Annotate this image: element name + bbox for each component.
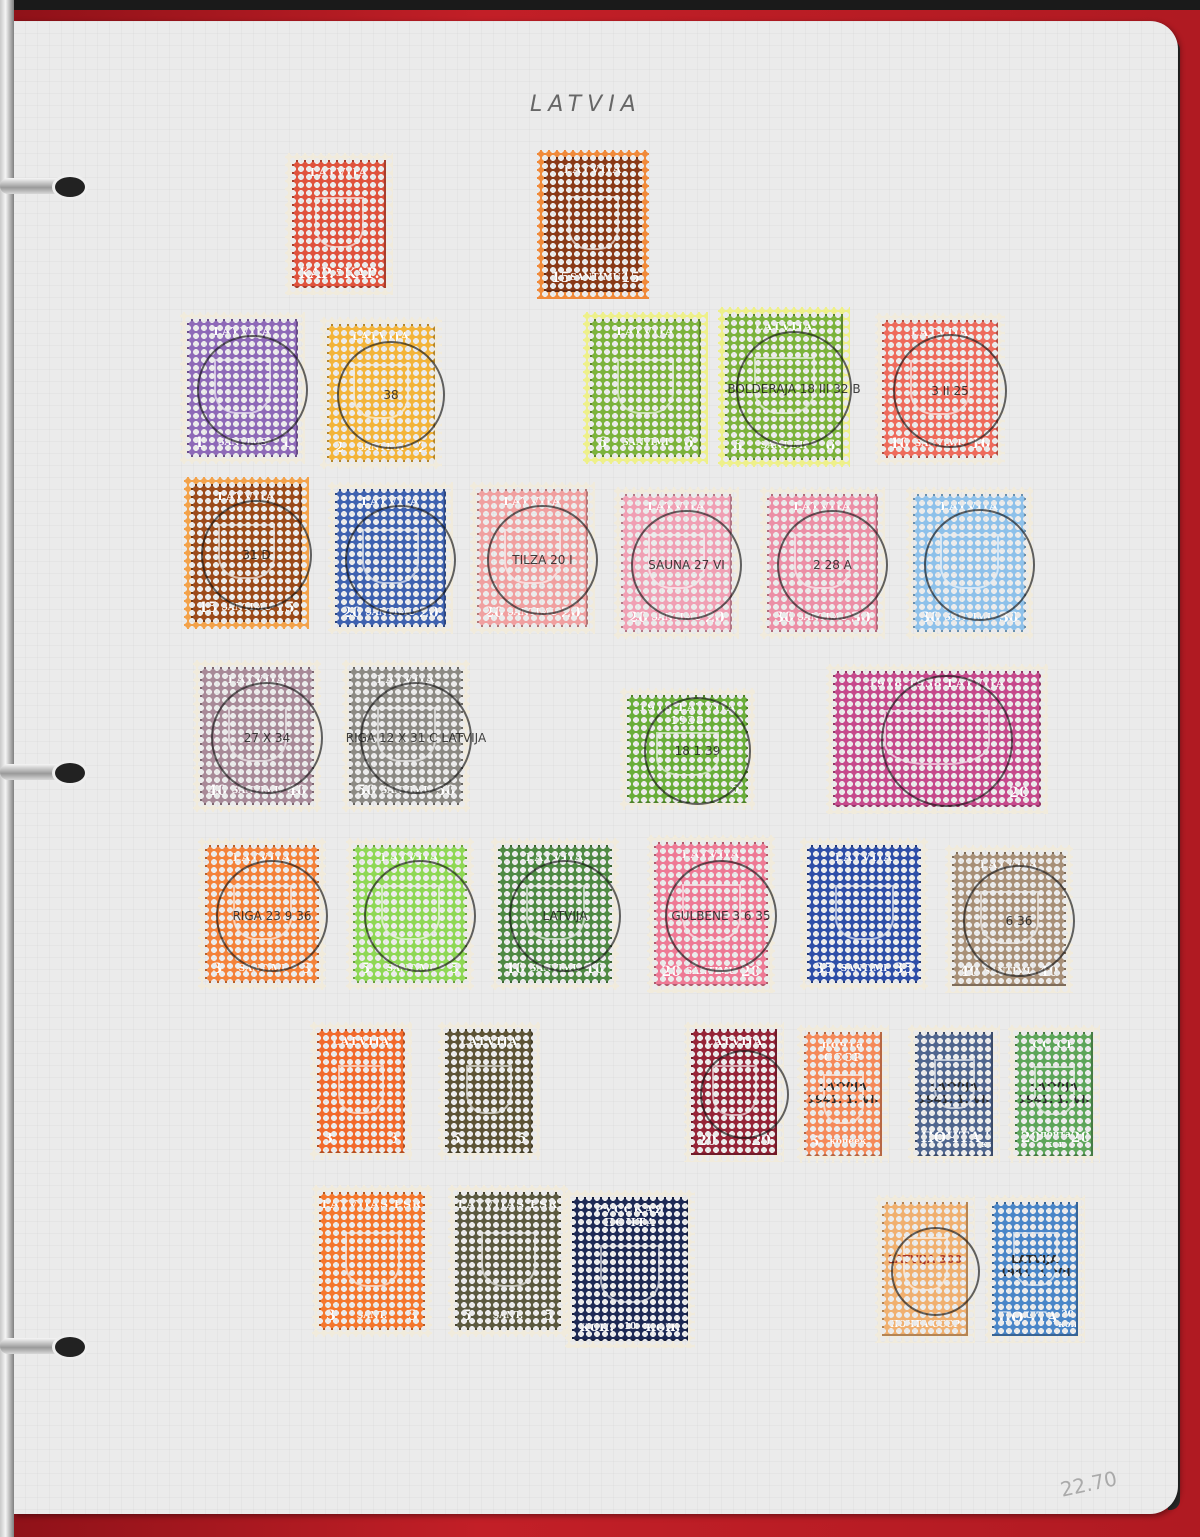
stamp-denomination: 15SANTIMU15 <box>198 600 294 616</box>
stamp-design: 1918 1938 LATVIJA20 <box>833 671 1041 807</box>
stamp-denomination: ПОЧТА30 копСССР <box>998 1310 1072 1330</box>
denomination-text: ПОЧТА <box>998 1310 1058 1330</box>
stamp-inscription: LATVIJA <box>616 325 674 338</box>
stamp-denomination: 20SANTIMU20 <box>484 605 580 621</box>
coat-of-arms-icon <box>835 885 894 940</box>
binder-ring-icon <box>0 756 90 786</box>
stamp-denomination: 33 <box>323 1131 399 1147</box>
denomination-text: SANTIMI <box>358 443 405 453</box>
denomination-text: 5 <box>450 961 460 977</box>
denomination-text: SANTIMU <box>221 603 271 613</box>
denomination-text: 10 <box>890 436 909 452</box>
denomination-text: SANTIMS <box>218 438 267 448</box>
coat-of-arms-icon <box>910 360 970 415</box>
stamp-inscription: LATVIJA <box>526 851 584 864</box>
stamp: РУССКАЯ ПОЧТАкоп.10коп. <box>565 1190 695 1348</box>
stamp-inscription: LATVIJA <box>352 330 410 343</box>
denomination-text: 1 <box>281 435 291 451</box>
coat-of-arms-icon <box>600 1245 660 1302</box>
denomination-text: SANTIMU <box>984 967 1034 977</box>
stamp: ПОЧТА СССРLATVIJA 300 <box>875 1195 975 1343</box>
stamp-design: LATVIJA2SANTIMI2 <box>327 324 435 462</box>
stamp-inscription: LATVIJA <box>332 1035 390 1048</box>
denomination-text: SANTIMU <box>915 439 965 449</box>
stamp-design: LATVIJAKAP.5KAP. <box>292 160 386 288</box>
denomination-text: 10 <box>971 436 990 452</box>
coat-of-arms-icon <box>526 885 585 940</box>
coat-of-arms-icon <box>980 891 1039 944</box>
denomination-text: 30 <box>999 610 1018 626</box>
denomination-text: 5 <box>517 1131 527 1147</box>
stamp-design: LATVIJA35SANTIMI35 <box>807 845 921 983</box>
denomination-text: 30 коп <box>1058 1310 1077 1330</box>
coat-of-arms-icon <box>617 359 675 414</box>
stamp-design: РУССКАЯ ПОЧТАкоп.10коп. <box>572 1197 688 1341</box>
stamp-denomination: KAP.5KAP. <box>299 266 380 282</box>
denomination-text: 40 <box>960 964 979 980</box>
denomination-text: 40 <box>208 783 227 799</box>
stamp-inscription: LATVIJA <box>381 851 439 864</box>
stamp-denomination: 20SANTIMU20 <box>662 964 761 980</box>
coat-of-arms-icon <box>884 710 990 764</box>
denomination-text: 50 <box>436 783 455 799</box>
denomination-text: 50 <box>357 783 376 799</box>
stamp: LATVIJA10SANTIMU10 <box>491 838 619 990</box>
denomination-text: 3 <box>408 1308 418 1324</box>
stamp-inscription: LATVIJA <box>361 495 419 508</box>
denomination-text: ПОЧТА СССР <box>890 1320 960 1330</box>
stamp: LATVIJA10SANTIMU10 <box>875 313 1005 465</box>
coat-of-arms-icon <box>233 885 292 940</box>
coat-of-arms-icon <box>940 534 999 589</box>
stamp: LATVIJAS PSR3SANT.3 <box>312 1185 432 1337</box>
stamp: LATVIJA40SANTIMU40 <box>945 845 1073 993</box>
stamp-design: LATVIJA40SANTIMU40 <box>200 667 314 805</box>
binder-top-edge <box>0 0 1200 10</box>
coat-of-arms-icon <box>353 364 409 419</box>
stamp-inscription: LATVIJA <box>705 1035 763 1048</box>
denomination-text: 20 <box>1021 1130 1040 1150</box>
coat-of-arms-icon <box>214 359 272 414</box>
denomination-text: 5 <box>361 961 371 977</box>
stamp-denomination: 40SANTIMU40 <box>960 964 1059 980</box>
stamp-inscription: LATVIJA <box>564 163 622 176</box>
stamp: LATVIJA30SANTIMU30 <box>906 487 1033 639</box>
denomination-text: 20 <box>741 964 760 980</box>
stamp-denomination: 10SANTIMU10 <box>890 436 991 452</box>
stamp-design: LATVIJA15SANTIMU15 <box>544 157 642 292</box>
stamp: LATVIJA6SANTIMI6 <box>583 312 708 464</box>
denomination-text: SANTIMI <box>761 441 808 451</box>
stamp-denomination: 6SANTIMI6 <box>597 435 693 451</box>
stamp-inscription: LATVIJA <box>377 673 435 686</box>
stamp: 1918 1938 LATVIJA20 <box>826 664 1048 814</box>
denomination-text: 20 <box>705 610 724 626</box>
stamp-inscription: LATVIJA <box>682 848 740 861</box>
denomination-text: 20 <box>419 605 438 621</box>
denomination-text: SANT. <box>493 1311 523 1321</box>
denomination-text: SANTIMI <box>841 964 888 974</box>
stamp: ПОЧТА30 копСССРLATVIJA 1941. 1. VII <box>985 1195 1085 1343</box>
stamp-inscription: LATVIJAS PSR <box>322 1198 422 1211</box>
stamp-design: LATVIJA15SANTIMU15 <box>191 484 302 622</box>
stamp-design: LATVIJA30SANTIMU30 <box>913 494 1026 632</box>
denomination-text: 2 <box>334 440 344 456</box>
stamp-inscription: LATVIJA <box>911 326 969 339</box>
denomination-text: SANTIMU <box>232 786 282 796</box>
denomination-text: 20 <box>628 610 647 626</box>
coat-of-arms-icon <box>228 707 287 762</box>
denomination-text: 6 <box>597 435 607 451</box>
stamp: LATVIJA30SANTIMU30 <box>760 487 885 639</box>
coat-of-arms-icon <box>504 529 562 584</box>
denomination-text: KAP. <box>299 266 335 282</box>
stamp-design: ПОЧТА10 копСССРLATVIJA 1941. 1. VII <box>915 1032 993 1156</box>
stamp-design: LATVIJA20SANTIMU20 <box>477 489 588 627</box>
stamp: LATVIJA20SANTIMU20 <box>470 482 595 634</box>
stamp-inscription: LATVIJA <box>980 858 1038 871</box>
stamp-denomination: коп.10коп. <box>580 1319 681 1335</box>
stamp: LATVIJA20SANTIMU20 <box>614 487 739 639</box>
stamp-inscription: РУССКАЯ ПОЧТА <box>574 1203 686 1229</box>
denomination-text: 20 <box>342 605 361 621</box>
stamp-inscription: 1918 LATVIJA 1938 <box>629 701 746 727</box>
coat-of-arms-icon <box>682 884 741 941</box>
denomination-text: SANTIMU <box>365 608 415 618</box>
coat-of-arms-icon <box>712 1065 757 1115</box>
stamp-design: LATVIJA20SANTIMU20 <box>654 842 768 986</box>
stamp-inscription: почта СССР <box>806 1038 880 1064</box>
stamp-denomination: 5SANT.5 <box>462 1308 554 1324</box>
denomination-text: СССР <box>1077 1310 1078 1330</box>
denomination-text: 2 <box>418 440 428 456</box>
stamp-design: LATVIJA50SANTIMU50 <box>349 667 463 805</box>
stamp-design: LATVIJAS PSR5SANT.5 <box>455 1192 561 1330</box>
denomination-text: 6 <box>826 438 836 454</box>
denomination-text: 3 <box>302 961 312 977</box>
stamp-inscription: LATVIJA <box>217 490 275 503</box>
stamp: LATVIJA2020 <box>684 1022 784 1162</box>
denomination-text: 10 <box>624 1322 637 1332</box>
stamp-denomination: 55 <box>451 1131 527 1147</box>
stamp-design: LATVIJA30SANTIMU30 <box>767 494 878 632</box>
denomination-text: 3 <box>323 1131 333 1147</box>
stamp-design: LATVIJA33 <box>317 1029 405 1153</box>
denomination-text: SANTIMI <box>387 964 434 974</box>
denomination-text: копеек <box>829 1137 866 1147</box>
coat-of-arms-icon <box>648 534 706 589</box>
denomination-text: 1 <box>194 435 204 451</box>
stamp-denomination: 3SANT.3 <box>326 1308 418 1324</box>
denomination-text: SANTIMU <box>944 613 994 623</box>
stamp-denomination: 3SANTIMI3 <box>213 961 312 977</box>
stamp: LATVIJA1SANTIMS1 <box>180 312 305 464</box>
coat-of-arms-icon <box>754 357 815 415</box>
stamp-overprint: LATVIJA 300 <box>884 1253 966 1266</box>
denomination-text: SANTIMU <box>530 964 580 974</box>
coat-of-arms-icon <box>362 529 420 584</box>
denomination-text: 10 <box>585 961 604 977</box>
stamp-design: СС СР20почта коп20LATVIJA 1941. 1. VII <box>1015 1032 1093 1156</box>
stamp-denomination: 20 <box>845 785 1029 801</box>
stamp: LATVIJA50SANTIMU50 <box>342 660 470 812</box>
stamp: LATVIJA2SANTIMI2 <box>320 317 442 469</box>
stamp-inscription: LATVIJA <box>647 500 705 513</box>
stamp-denomination: 50SANTIMU50 <box>357 783 456 799</box>
coat-of-arms-icon <box>218 524 276 579</box>
denomination-text: коп. <box>646 1319 681 1335</box>
denomination-text: 5 <box>810 1134 820 1150</box>
denomination-text: 30 <box>851 610 870 626</box>
stamp-inscription: LATVIJA <box>940 500 998 513</box>
stamp-inscription: LATVIJA <box>755 320 813 333</box>
coat-of-arms-icon <box>481 1232 536 1287</box>
stamp: LATVIJA55 <box>438 1022 540 1160</box>
stamp-denomination: 35SANTIMI35 <box>815 961 914 977</box>
denomination-text: 20 <box>697 1133 716 1149</box>
stamp: ПОЧТА10 копСССРLATVIJA 1941. 1. VII <box>908 1025 1000 1163</box>
stamp-design: LATVIJA2020 <box>691 1029 777 1155</box>
denomination-text: SANTIMI <box>622 438 669 448</box>
stamp-design: LATVIJA10SANTIMU10 <box>498 845 612 983</box>
stamp-denomination: 5 <box>635 781 740 797</box>
denomination-text: 5 <box>336 269 342 279</box>
denomination-text: 40 <box>1039 964 1058 980</box>
stamp-design: LATVIJAS PSR3SANT.3 <box>319 1192 425 1330</box>
denomination-text: 20 <box>484 605 503 621</box>
denomination-text: 40 <box>287 783 306 799</box>
coat-of-arms-icon <box>345 1232 400 1287</box>
stamp-inscription: СС СР <box>1032 1038 1075 1051</box>
denomination-text: 6 <box>684 435 694 451</box>
stamp-denomination: 5SANTIMI5 <box>361 961 460 977</box>
stamp-denomination: ПОЧТА10 копСССР <box>921 1130 988 1150</box>
denomination-text: SANTIMI <box>239 964 286 974</box>
denomination-text: 35 <box>894 961 913 977</box>
coat-of-arms-icon <box>315 197 364 248</box>
stamp-denomination: 10SANTIMU10 <box>506 961 605 977</box>
stamp: LATVIJAKAP.5KAP. <box>285 153 393 295</box>
coat-of-arms-icon <box>338 1065 384 1115</box>
coat-of-arms-icon <box>377 707 436 762</box>
stamp-design: LATVIJA5SANTIMI5 <box>353 845 467 983</box>
stamp-inscription: LATVIJAS PSR <box>458 1198 558 1211</box>
denomination-text: SANTIMU <box>381 786 431 796</box>
denomination-text: 20 <box>662 964 681 980</box>
stamp: LATVIJA35SANTIMI35 <box>800 838 928 990</box>
stamp-overprint: LATVIJA 1941. 1. VII <box>917 1080 991 1106</box>
stamp-denomination: 2SANTIMI2 <box>334 440 428 456</box>
stamp-design: ПОЧТА30 копСССРLATVIJA 1941. 1. VII <box>992 1202 1078 1336</box>
denomination-text: SANTIMU <box>570 273 620 283</box>
stamp-design: LATVIJA20SANTIMU20 <box>621 494 732 632</box>
stamp: LATVIJA15SANTIMU15 <box>537 150 649 299</box>
denomination-text: 10 коп <box>981 1130 993 1150</box>
stamp-inscription: 1918 1938 LATVIJA <box>868 677 1005 690</box>
denomination-text: 5 <box>730 781 740 797</box>
denomination-text: 10 <box>506 961 525 977</box>
stamp: LATVIJA6SANTIMI6 <box>718 307 850 467</box>
coat-of-arms-icon <box>656 732 719 776</box>
denomination-text: 20 <box>751 1133 770 1149</box>
denomination-text: KAP. <box>344 266 380 282</box>
stamp: LATVIJA5SANTIMI5 <box>346 838 474 990</box>
stamp-overprint: LATVIJA 1941. 1. VII <box>1017 1080 1091 1106</box>
denomination-text: 15 <box>198 600 217 616</box>
coat-of-arms-icon <box>466 1065 512 1115</box>
stamp-denomination: 6SANTIMI6 <box>733 438 836 454</box>
stamp-denomination: 20SANTIMU20 <box>628 610 724 626</box>
stamp: LATVIJA40SANTIMU40 <box>193 660 321 812</box>
stamp-inscription: LATVIJA <box>793 500 851 513</box>
stamp: LATVIJA20SANTIMU20 <box>328 482 453 634</box>
country-heading: LATVIA <box>530 92 642 117</box>
denomination-text: SANTIMU <box>797 613 847 623</box>
denomination-text: 20 <box>561 605 580 621</box>
denomination-text: 5 <box>451 1131 461 1147</box>
denomination-text: 15 <box>275 600 294 616</box>
coat-of-arms-icon <box>794 534 852 589</box>
stamp: LATVIJA3SANTIMI3 <box>198 838 326 990</box>
stamp: LATVIJA20SANTIMU20 <box>647 835 775 993</box>
stamp-inscription: LATVIJA <box>503 495 561 508</box>
stamp-overprint: LATVIJA 1941. 1. VII <box>994 1253 1076 1279</box>
stamp-design: LATVIJA1SANTIMS1 <box>187 319 298 457</box>
denomination-text: 6 <box>733 438 743 454</box>
stamp-design: 1918 LATVIJA 19385 <box>627 695 748 803</box>
stamp: LATVIJAS PSR5SANT.5 <box>448 1185 568 1337</box>
stamp-inscription: LATVIJA <box>213 325 271 338</box>
coat-of-arms-icon <box>568 196 619 250</box>
stamp-inscription: LATVIJA <box>460 1035 518 1048</box>
stamp-denomination: 20SANTIMU20 <box>342 605 438 621</box>
denomination-text: 15 <box>551 270 570 286</box>
stamp-denomination: 40SANTIMU40 <box>208 783 307 799</box>
denomination-text: 20 <box>1009 785 1028 801</box>
denomination-text: 30 <box>920 610 939 626</box>
stamp-overprint: LATVIJA 1941. 1. VII <box>806 1080 880 1106</box>
stamp-design: LATVIJA55 <box>445 1029 533 1153</box>
coat-of-arms-icon <box>381 885 440 940</box>
binder-ring-icon <box>0 1330 90 1360</box>
denomination-text: 20 <box>1071 1130 1090 1150</box>
stamp: LATVIJA15SANTIMU15 <box>184 477 309 629</box>
stamp-denomination: 20почта коп20 <box>1021 1130 1088 1150</box>
binder-ring-icon <box>0 170 90 200</box>
stamp-denomination: 1SANTIMS1 <box>194 435 290 451</box>
stamp-design: почта СССР5копеекLATVIJA 1941. 1. VII <box>804 1032 882 1156</box>
stamp-design: LATVIJA40SANTIMU40 <box>952 852 1066 986</box>
denomination-text: 3 <box>326 1308 336 1324</box>
denomination-text: SANTIMU <box>686 967 736 977</box>
denomination-text: 30 <box>774 610 793 626</box>
denomination-text: SANT. <box>357 1311 387 1321</box>
denomination-text: ПОЧТА <box>921 1130 981 1150</box>
stamp-denomination: 5копеек <box>810 1134 877 1150</box>
denomination-text: 5 <box>544 1308 554 1324</box>
stamp-design: LATVIJA6SANTIMI6 <box>590 319 701 457</box>
stamp-denomination: 2020 <box>697 1133 771 1149</box>
stamp-inscription: LATVIJA <box>310 166 368 179</box>
denomination-text: 5 <box>462 1308 472 1324</box>
denomination-text: почта коп <box>1040 1130 1071 1150</box>
stamp: почта СССР5копеекLATVIJA 1941. 1. VII <box>797 1025 889 1163</box>
stamp: LATVIJA33 <box>310 1022 412 1160</box>
denomination-text: 15 <box>621 270 640 286</box>
stamp-denomination: 30SANTIMU30 <box>920 610 1018 626</box>
denomination-text: SANTIMU <box>651 613 701 623</box>
stamp: 1918 LATVIJA 19385 <box>620 688 755 810</box>
denomination-text: 3 <box>389 1131 399 1147</box>
stamp: СС СР20почта коп20LATVIJA 1941. 1. VII <box>1008 1025 1100 1163</box>
stamp-design: LATVIJA10SANTIMU10 <box>882 320 998 458</box>
stamp-design: LATVIJA6SANTIMI6 <box>725 314 843 460</box>
stamp-inscription: LATVIJA <box>233 851 291 864</box>
stamp-design: ПОЧТА СССРLATVIJA 300 <box>882 1202 968 1336</box>
denomination-text: 35 <box>815 961 834 977</box>
denomination-text: 3 <box>213 961 223 977</box>
stamp-inscription: LATVIJA <box>835 851 893 864</box>
stamp-design: LATVIJA20SANTIMU20 <box>335 489 446 627</box>
stamp-design: LATVIJA3SANTIMI3 <box>205 845 319 983</box>
denomination-text: SANTIMU <box>507 608 557 618</box>
stamp-denomination: 15SANTIMU15 <box>551 270 636 286</box>
stamp-inscription: LATVIJA <box>228 673 286 686</box>
stamp-denomination: ПОЧТА СССР <box>888 1320 962 1330</box>
denomination-text: коп. <box>580 1319 615 1335</box>
stamp-denomination: 30SANTIMU30 <box>774 610 870 626</box>
